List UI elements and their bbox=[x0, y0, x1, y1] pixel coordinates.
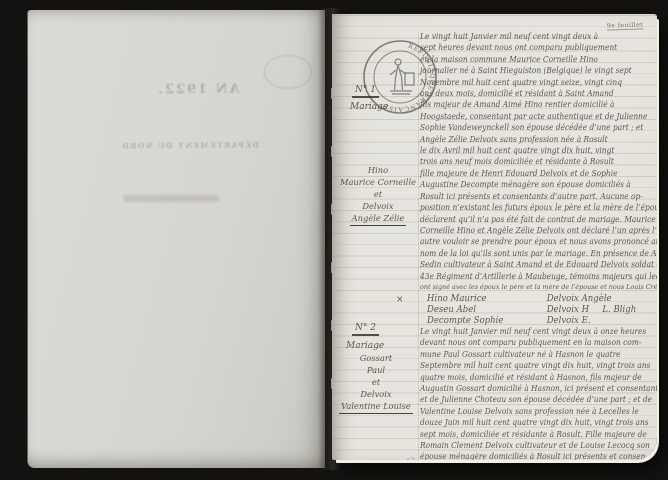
manuscript-line: fils majeur de Amand Aimé Hino rentier d… bbox=[420, 99, 639, 110]
manuscript-line: ans deux mois, domicilié et résidant à S… bbox=[420, 88, 639, 99]
manuscript-line: Le vingt huit Janvier mil neuf cent ving… bbox=[420, 31, 639, 42]
manuscript-line: Rosult ici présents et consentants d’aut… bbox=[420, 191, 639, 202]
signature-row: Hino MauriceDelvoix Angèle bbox=[427, 294, 644, 305]
manuscript-line: sept heures devant nous ont comparu publ… bbox=[420, 42, 639, 53]
manuscript-line: déclarent qu’il n’a pas été fait de cont… bbox=[420, 214, 639, 225]
party-name: Hino bbox=[336, 164, 420, 176]
bleedthrough-stamp bbox=[264, 55, 312, 89]
party-name: Delvoix bbox=[336, 200, 420, 212]
margin-cross-mark: × bbox=[396, 295, 404, 305]
manuscript-line: sept mois, domiciliée et résidante à Ros… bbox=[420, 429, 639, 440]
act-type: Mariage bbox=[346, 341, 384, 351]
act-number: N° 1 bbox=[352, 85, 379, 98]
act-number: N° 2 bbox=[352, 323, 379, 336]
manuscript-line: Valentine Louise Delvoix sans profession… bbox=[420, 406, 639, 417]
party-name: Paul bbox=[332, 364, 420, 376]
manuscript-line: ont signé avec les époux le père et la m… bbox=[420, 282, 639, 293]
manuscript-line: le dix Avril mil huit cent quatre vingt … bbox=[420, 145, 639, 156]
feuillet-number: 9e feuillet bbox=[607, 21, 643, 30]
party-name: et bbox=[336, 188, 420, 200]
party-name: Delvoix bbox=[332, 388, 420, 400]
left-page: AN 1922. DÉPARTEMENT DU NORD bbox=[28, 10, 325, 468]
act-parties: GossartPauletDelvoixValentine Louise bbox=[332, 352, 420, 414]
party-name: Maurice Corneille bbox=[336, 176, 420, 188]
act-text: Le vingt huit Janvier mil neuf cent ving… bbox=[420, 326, 639, 460]
manuscript-line: Novembre mil huit cent quatre vingt seiz… bbox=[420, 77, 639, 88]
manuscript-line: devant nous ont comparu publiquement en … bbox=[420, 337, 639, 348]
marianne-figure-icon bbox=[390, 59, 414, 94]
manuscript-line: quatre mois, domicilié et résidant à Has… bbox=[420, 372, 639, 383]
act-text: Le vingt huit Janvier mil neuf cent ving… bbox=[420, 31, 639, 293]
manuscript-line: autre vouloir se prendre pour époux et n… bbox=[420, 236, 639, 247]
manuscript-line: position n’existant les futurs époux le … bbox=[420, 202, 639, 213]
manuscript-line: Augustine Decompte ménagère son épouse d… bbox=[420, 179, 639, 190]
manuscript-line: Sedin cultivateur à Saint Amand et de Ed… bbox=[420, 259, 639, 270]
book-scan: AN 1922. DÉPARTEMENT DU NORD 9e feuillet… bbox=[0, 0, 668, 480]
signature: L. Bligh bbox=[602, 305, 636, 316]
party-name: Valentine Louise bbox=[339, 400, 413, 414]
manuscript-line: Sophie Vandeweynckell son épouse décédée… bbox=[420, 122, 639, 133]
manuscript-line: épouse ménagère domiciliés à Rosult ici … bbox=[420, 451, 639, 460]
manuscript-line: 43e Régiment d’Artillerie à Maubeuge, té… bbox=[420, 271, 639, 282]
party-name: Gossart bbox=[332, 352, 420, 364]
manuscript-line: journalier né à Saint Hieguiston (Belgiq… bbox=[420, 65, 639, 76]
bleedthrough-department: DÉPARTEMENT DU NORD bbox=[120, 140, 260, 150]
manuscript-line: trois ans neuf mois domiciliée et résida… bbox=[420, 156, 639, 167]
act-type: Mariage bbox=[350, 102, 388, 112]
signature: Delvoix H bbox=[547, 305, 589, 316]
manuscript-line: Corneille Hino et Angèle Zélie Delvoix o… bbox=[420, 225, 639, 236]
party-name: Angèle Zélie bbox=[350, 212, 407, 226]
act-parties: HinoMaurice CorneilleetDelvoixAngèle Zél… bbox=[336, 164, 420, 226]
right-page: 9e feuillet RÉPUBLIQUE FRANÇAISE N° 1 Ma… bbox=[332, 14, 657, 460]
manuscript-line: douze Juin mil huit cent quatre vingt di… bbox=[420, 417, 639, 428]
signature: Deseu Abel bbox=[427, 305, 533, 316]
signature: Hino Maurice bbox=[427, 294, 533, 305]
signatures-block: Hino MauriceDelvoix AngèleDeseu AbelDelv… bbox=[427, 294, 644, 327]
manuscript-line: Romain Clement Delvoix cultivateur et de… bbox=[420, 440, 639, 451]
bleedthrough-year: AN 1922. bbox=[128, 81, 268, 97]
manuscript-line: Angèle Zélie Delvoix sans profession née… bbox=[420, 134, 639, 145]
manuscript-line: mune Paul Gossart cultivateur né à Hasno… bbox=[420, 349, 639, 360]
manuscript-line: et de Julienne Choteau son épouse décédé… bbox=[420, 394, 639, 405]
manuscript-line: Le vingt huit Janvier mil neuf cent ving… bbox=[420, 326, 639, 337]
manuscript-line: Septembre mil huit cent quatre vingt dix… bbox=[420, 360, 639, 371]
bleedthrough-illegible-line bbox=[123, 195, 219, 202]
manuscript-line: nom de la loi qu’ils sont unis par le ma… bbox=[420, 248, 639, 259]
signature: Delvoix Angèle bbox=[547, 294, 612, 305]
signature-row: Deseu AbelDelvoix HL. Bligh bbox=[427, 305, 644, 316]
manuscript-line: en la maison commune Maurice Corneille H… bbox=[420, 54, 639, 65]
manuscript-line: fille majeure de Henri Edouard Delvoix e… bbox=[420, 168, 639, 179]
party-name: et bbox=[332, 376, 420, 388]
pencil-mark: 12 bbox=[405, 456, 415, 460]
manuscript-line: Augustin Gossart domicilié à Hasnon, ici… bbox=[420, 383, 639, 394]
manuscript-line: Hoogstaede, consentant par acte authenti… bbox=[420, 111, 639, 122]
